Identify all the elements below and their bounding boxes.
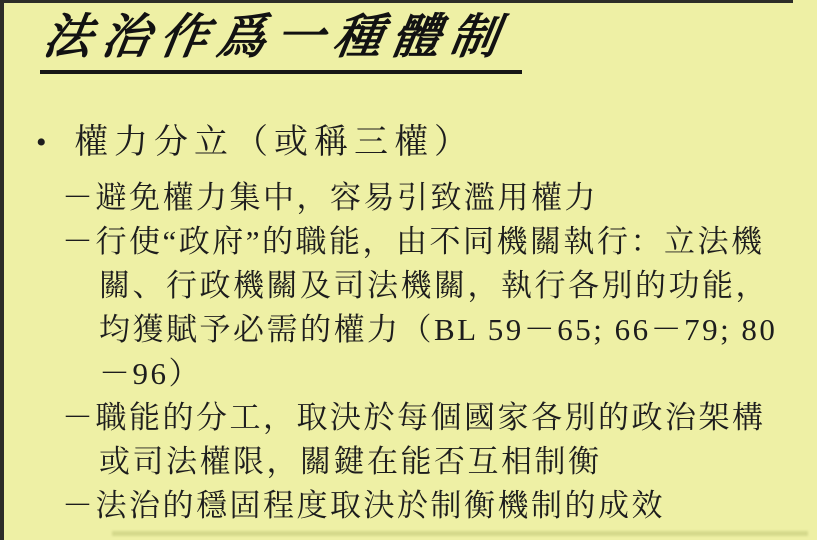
slide-title-text: 法治作爲一種體制	[40, 10, 513, 66]
bullet-item-separation-of-powers: •權力分立（或稱三權）	[36, 120, 474, 166]
sub-bullet-line: －96）	[62, 352, 777, 396]
sub-bullet-list: －避免權力集中，容易引致濫用權力 －行使“政府”的職能，由不同機關執行：立法機 …	[62, 176, 777, 528]
sub-bullet-line: 均獲賦予必需的權力（BL 59－65; 66－79; 80	[62, 308, 777, 352]
sub-bullet-line: －行使“政府”的職能，由不同機關執行：立法機	[62, 220, 777, 264]
bullet-text: 權力分立（或稱三權）	[74, 124, 474, 161]
slide-left-border	[0, 0, 4, 540]
slide-title: 法治作爲一種體制	[40, 8, 522, 74]
cutoff-next-line-sliver	[112, 531, 808, 536]
sub-bullet-line: 或司法權限，關鍵在能否互相制衡	[62, 440, 777, 484]
slide-top-border	[0, 0, 793, 3]
sub-bullet-line: 關、行政機關及司法機關，執行各別的功能，	[62, 264, 777, 308]
sub-bullet-line: －避免權力集中，容易引致濫用權力	[62, 176, 777, 220]
sub-bullet-line: －職能的分工，取決於每個國家各別的政治架構	[62, 396, 777, 440]
bullet-dot: •	[36, 120, 74, 166]
presentation-slide: 法治作爲一種體制 •權力分立（或稱三權） －避免權力集中，容易引致濫用權力 －行…	[0, 0, 817, 540]
sub-bullet-line: －法治的穩固程度取決於制衡機制的成效	[62, 484, 777, 528]
